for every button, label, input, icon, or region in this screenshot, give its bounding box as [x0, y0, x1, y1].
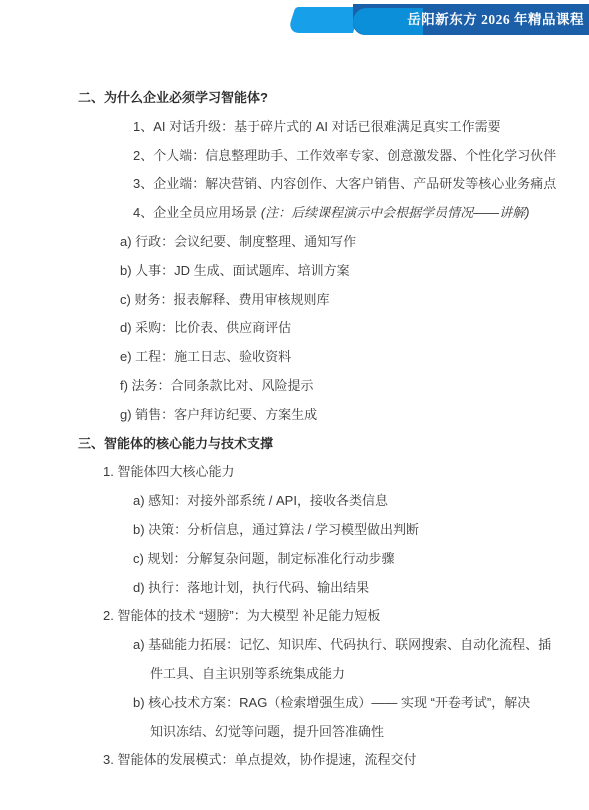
outline-line: d) 执行：落地计划，执行代码、输出结果 — [133, 574, 589, 603]
line-text: 知识冻结、幻觉等问题，提升回答准确性 — [150, 724, 384, 739]
outline-line: 知识冻结、幻觉等问题，提升回答准确性 — [150, 718, 589, 747]
outline-line: 件工具、自主识别等系统集成能力 — [150, 660, 589, 689]
outline-line: 1、AI 对话升级：基于碎片式的 AI 对话已很难满足真实工作需要 — [133, 113, 589, 142]
outline-line: 3. 智能体的发展模式：单点提效，协作提速，流程交付 — [103, 746, 589, 775]
line-text: e) 工程：施工日志、验收资料 — [120, 349, 291, 364]
line-text: d) 采购：比价表、供应商评估 — [120, 320, 291, 335]
line-text: c) 规划：分解复杂问题，制定标准化行动步骤 — [133, 551, 394, 566]
line-text: a) 感知：对接外部系统 / API，接收各类信息 — [133, 493, 388, 508]
outline-line: a) 基础能力拓展：记忆、知识库、代码执行、联网搜索、自动化流程、插 — [133, 631, 589, 660]
line-text: b) 核心技术方案：RAG（检索增强生成）—— 实现 “开卷考试”，解决 — [133, 695, 530, 710]
outline-line: f) 法务：合同条款比对、风险提示 — [120, 372, 589, 401]
header-title: 岳阳新东方 2026 年精品课程 — [353, 4, 589, 35]
outline-line: 4、企业全员应用场景 (注：后续课程演示中会根据学员情况——讲解) — [133, 199, 589, 228]
line-text: 1、AI 对话升级：基于碎片式的 AI 对话已很难满足真实工作需要 — [133, 119, 501, 134]
line-text: 件工具、自主识别等系统集成能力 — [150, 666, 345, 681]
outline-line: a) 感知：对接外部系统 / API，接收各类信息 — [133, 487, 589, 516]
line-text: 3、企业端：解决营销、内容创作、大客户销售、产品研发等核心业务痛点 — [133, 176, 556, 191]
outline-line: 2. 智能体的技术 “翅膀”：为大模型 补足能力短板 — [103, 602, 589, 631]
note-italic-text: (注：后续课程演示中会根据学员情况——讲解) — [261, 205, 530, 220]
line-text: 3. 智能体的发展模式：单点提效，协作提速，流程交付 — [103, 752, 416, 767]
line-text: 1. 智能体四大核心能力 — [103, 464, 234, 479]
line-text: b) 人事：JD 生成、面试题库、培训方案 — [120, 263, 350, 278]
section-heading: 二、为什么企业必须学习智能体? — [78, 84, 589, 113]
line-text: g) 销售：客户拜访纪要、方案生成 — [120, 407, 317, 422]
line-text: 2. 智能体的技术 “翅膀”：为大模型 补足能力短板 — [103, 608, 380, 623]
line-text: 三、智能体的核心能力与技术支撑 — [78, 436, 273, 451]
line-text: 2、个人端：信息整理助手、工作效率专家、创意激发器、个性化学习伙伴 — [133, 148, 556, 163]
outline-line: b) 人事：JD 生成、面试题库、培训方案 — [120, 257, 589, 286]
outline-line: b) 决策：分析信息，通过算法 / 学习模型做出判断 — [133, 516, 589, 545]
line-text: a) 基础能力拓展：记忆、知识库、代码执行、联网搜索、自动化流程、插 — [133, 637, 551, 652]
outline-line: d) 采购：比价表、供应商评估 — [120, 314, 589, 343]
line-text: a) 行政：会议纪要、制度整理、通知写作 — [120, 234, 356, 249]
outline-line: b) 核心技术方案：RAG（检索增强生成）—— 实现 “开卷考试”，解决 — [133, 689, 589, 718]
line-text: b) 决策：分析信息，通过算法 / 学习模型做出判断 — [133, 522, 419, 537]
document-page: 岳阳新东方 2026 年精品课程 二、为什么企业必须学习智能体?1、AI 对话升… — [0, 0, 589, 810]
line-text: c) 财务：报表解释、费用审核规则库 — [120, 292, 329, 307]
outline-line: 2、个人端：信息整理助手、工作效率专家、创意激发器、个性化学习伙伴 — [133, 142, 589, 171]
outline-line: a) 行政：会议纪要、制度整理、通知写作 — [120, 228, 589, 257]
ribbon-light-shape — [287, 7, 361, 33]
line-text: f) 法务：合同条款比对、风险提示 — [120, 378, 314, 393]
line-text: 4、企业全员应用场景 — [133, 205, 261, 220]
outline-line: c) 规划：分解复杂问题，制定标准化行动步骤 — [133, 545, 589, 574]
line-text: 二、为什么企业必须学习智能体? — [78, 90, 268, 105]
outline-line: 3、企业端：解决营销、内容创作、大客户销售、产品研发等核心业务痛点 — [133, 170, 589, 199]
document-body: 二、为什么企业必须学习智能体?1、AI 对话升级：基于碎片式的 AI 对话已很难… — [0, 84, 589, 775]
outline-line: g) 销售：客户拜访纪要、方案生成 — [120, 401, 589, 430]
outline-line: e) 工程：施工日志、验收资料 — [120, 343, 589, 372]
outline-line: c) 财务：报表解释、费用审核规则库 — [120, 286, 589, 315]
section-heading: 三、智能体的核心能力与技术支撑 — [78, 430, 589, 459]
header-ribbon: 岳阳新东方 2026 年精品课程 — [287, 0, 589, 42]
outline-line: 1. 智能体四大核心能力 — [103, 458, 589, 487]
line-text: d) 执行：落地计划，执行代码、输出结果 — [133, 580, 369, 595]
